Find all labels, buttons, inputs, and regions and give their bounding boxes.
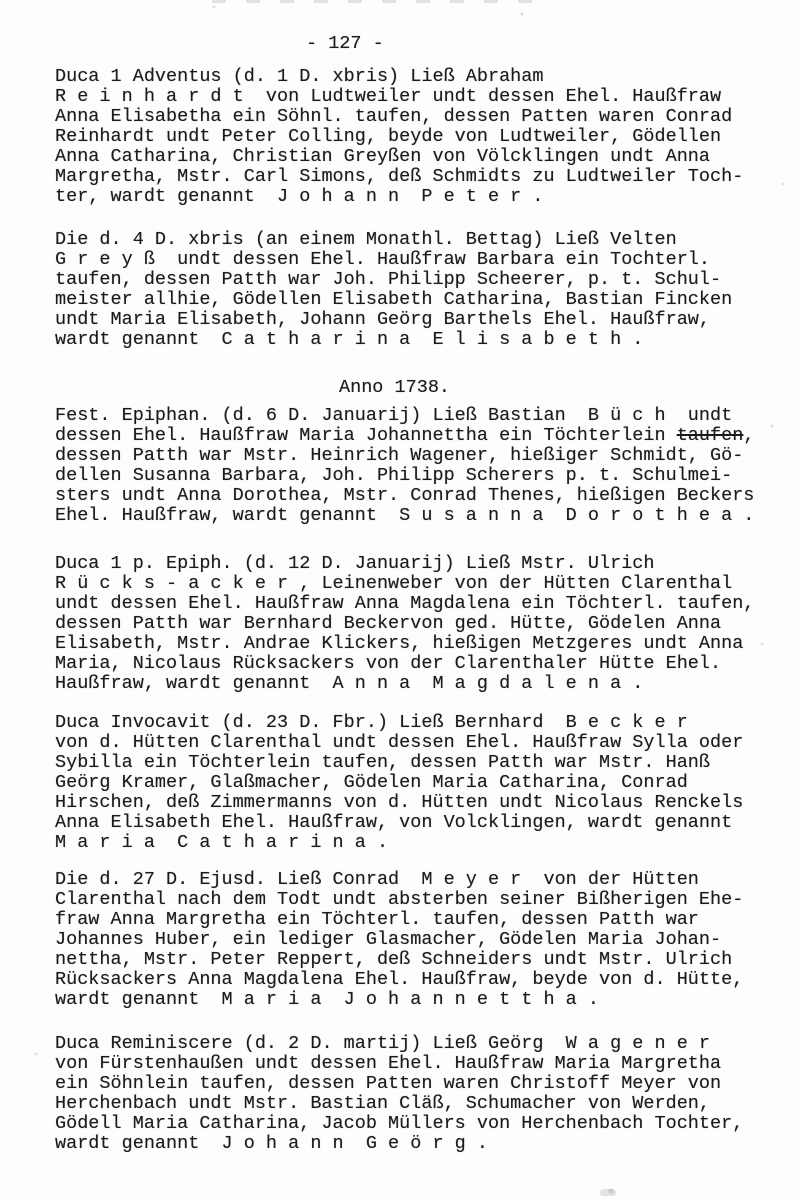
baptism-entry: Duca Invocavit (d. 23 D. Fbr.) Ließ Bern… bbox=[55, 713, 767, 853]
entry-line: Margretha, Mstr. Carl Simons, deß Schmid… bbox=[55, 167, 767, 187]
entry-line: Sybilla ein Töchterlein taufen, dessen P… bbox=[55, 753, 767, 773]
entry-line: Duca Invocavit (d. 23 D. Fbr.) Ließ Bern… bbox=[55, 713, 767, 733]
entry-line: Anna Elisabeth Ehel. Haußfraw, von Volck… bbox=[55, 813, 767, 833]
page-content: Duca 1 Adventus (d. 1 D. xbris) Ließ Abr… bbox=[55, 0, 767, 1154]
scan-edge-artifact-bottom bbox=[600, 1189, 616, 1196]
entry-line: ter, wardt genannt J o h a n n P e t e r… bbox=[55, 187, 767, 207]
entry-line: R ü c k s - a c k e r , Leinenweber von … bbox=[55, 574, 767, 594]
entry-line: Die d. 27 D. Ejusd. Ließ Conrad M e y e … bbox=[55, 870, 767, 890]
entry-line: Fest. Epiphan. (d. 6 D. Januarij) Ließ B… bbox=[55, 406, 767, 426]
entry-line: G r e y ß undt dessen Ehel. Haußfraw Bar… bbox=[55, 250, 767, 270]
baptism-entry: Duca 1 p. Epiph. (d. 12 D. Januarij) Lie… bbox=[55, 554, 767, 694]
entry-line: M a r i a C a t h a r i n a . bbox=[55, 833, 767, 853]
entry-line: Gödell Maria Catharina, Jacob Müllers vo… bbox=[55, 1114, 767, 1134]
entry-line: dessen Patth war Bernhard Beckervon ged.… bbox=[55, 614, 767, 634]
entry-line: Herchenbach undt Mstr. Bastian Cläß, Sch… bbox=[55, 1094, 767, 1114]
entry-line: Hirschen, deß Zimmermanns von d. Hütten … bbox=[55, 793, 767, 813]
entry-line: Haußfraw, wardt genannt A n n a M a g d … bbox=[55, 674, 767, 694]
scanned-register-page: - 127 - Duca 1 Adventus (d. 1 D. xbris) … bbox=[0, 0, 800, 1200]
entry-line: Anna Catharina, Christian Greyßen von Vö… bbox=[55, 147, 767, 167]
entry-line: ein Söhnlein taufen, dessen Patten waren… bbox=[55, 1074, 767, 1094]
entry-line: sters undt Anna Dorothea, Mstr. Conrad T… bbox=[55, 486, 767, 506]
entry-line: R e i n h a r d t von Ludtweiler undt de… bbox=[55, 87, 767, 107]
baptism-entry: Duca 1 Adventus (d. 1 D. xbris) Ließ Abr… bbox=[55, 67, 767, 207]
entry-line: undt Maria Elisabeth, Johann Geörg Barth… bbox=[55, 310, 767, 330]
entry-line: meister allhie, Gödellen Elisabeth Catha… bbox=[55, 290, 767, 310]
entry-line: dellen Susanna Barbara, Joh. Philipp Sch… bbox=[55, 466, 767, 486]
entry-line: Duca Reminiscere (d. 2 D. martij) Ließ G… bbox=[55, 1034, 767, 1054]
entry-line: Duca 1 Adventus (d. 1 D. xbris) Ließ Abr… bbox=[55, 67, 767, 87]
entry-line: Rücksackers Anna Magdalena Ehel. Haußfra… bbox=[55, 970, 767, 990]
entry-line: wardt genannt J o h a n n G e ö r g . bbox=[55, 1134, 767, 1154]
entry-line: nettha, Mstr. Peter Reppert, deß Schneid… bbox=[55, 950, 767, 970]
entry-line: wardt genannt M a r i a J o h a n n e t … bbox=[55, 990, 767, 1010]
entry-line: Anna Elisabetha ein Söhnl. taufen, desse… bbox=[55, 107, 767, 127]
entry-line: Reinhardt undt Peter Colling, beyde von … bbox=[55, 127, 767, 147]
baptism-entry: Die d. 27 D. Ejusd. Ließ Conrad M e y e … bbox=[55, 870, 767, 1010]
entry-line: fraw Anna Margretha ein Töchterl. taufen… bbox=[55, 910, 767, 930]
entry-line: dessen Ehel. Haußfraw Maria Johannettha … bbox=[55, 426, 767, 446]
entry-line: taufen, dessen Patth war Joh. Philipp Sc… bbox=[55, 270, 767, 290]
entry-line: Johannes Huber, ein lediger Glasmacher, … bbox=[55, 930, 767, 950]
entry-line: Maria, Nicolaus Rücksackers von der Clar… bbox=[55, 654, 767, 674]
entry-line: Duca 1 p. Epiph. (d. 12 D. Januarij) Lie… bbox=[55, 554, 767, 574]
entry-line: undt dessen Ehel. Haußfraw Anna Magdalen… bbox=[55, 594, 767, 614]
baptism-entry: Fest. Epiphan. (d. 6 D. Januarij) Ließ B… bbox=[55, 406, 767, 526]
baptism-entry: Die d. 4 D. xbris (an einem Monathl. Bet… bbox=[55, 230, 767, 350]
year-heading: Anno 1738. bbox=[339, 378, 767, 398]
entry-line: wardt genannt C a t h a r i n a E l i s … bbox=[55, 330, 767, 350]
entry-line: Geörg Kramer, Glaßmacher, Gödelen Maria … bbox=[55, 773, 767, 793]
struck-word: taufen bbox=[677, 425, 744, 446]
entry-line: Ehel. Haußfraw, wardt genannt S u s a n … bbox=[55, 506, 767, 526]
entry-line: Clarenthal nach dem Todt undt absterben … bbox=[55, 890, 767, 910]
baptism-entry: Duca Reminiscere (d. 2 D. martij) Ließ G… bbox=[55, 1034, 767, 1154]
entry-line: dessen Patth war Mstr. Heinrich Wagener,… bbox=[55, 446, 767, 466]
entry-line: Elisabeth, Mstr. Andrae Klickers, hießig… bbox=[55, 634, 767, 654]
entry-line: von d. Hütten Clarenthal undt dessen Ehe… bbox=[55, 733, 767, 753]
entry-line: von Fürstenhaußen undt dessen Ehel. Hauß… bbox=[55, 1054, 767, 1074]
entry-line: Die d. 4 D. xbris (an einem Monathl. Bet… bbox=[55, 230, 767, 250]
